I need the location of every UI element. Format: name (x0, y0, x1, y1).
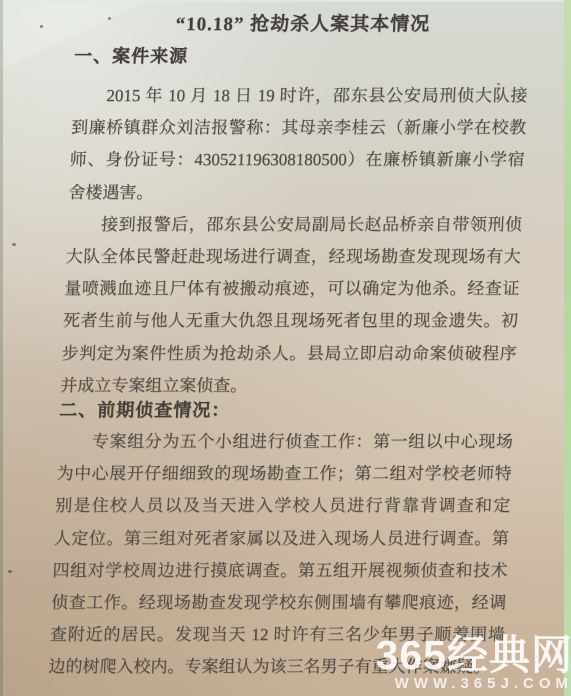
text-line: 人定位。第三组对死者家属以及进入现场人员进行调查。第 (53, 523, 509, 555)
text-line: 四组对学校周边进行摸底调查。第五组开展视频侦查和技术 (52, 555, 508, 587)
section-1-heading: 一、案件来源 (73, 40, 529, 72)
text-line: 大队全体民警赶赴现场进行调查，经现场勘查发现现场有大 (65, 241, 521, 273)
document-title: “10.18” 抢劫杀人案其本情况 (75, 10, 531, 40)
text-line: 专案组分为五个小组进行侦查工作：第一组以中心现场 (57, 426, 513, 458)
paper-speck (40, 25, 43, 28)
text-line: 接到报警后，邵东县公安局副局长赵品桥亲自带领刑侦 (66, 209, 522, 241)
text-line: 到廉桥镇群众刘洁报警称：其母亲李桂云（新廉小学在校教 (70, 112, 526, 144)
section-2-heading: 二、前期侦查情况： (59, 394, 515, 426)
page-edge-right (564, 0, 571, 696)
text-line: 师、身份证号：430521196308180500）在廉桥镇新廉小学宿 (69, 144, 525, 176)
text-line: 死者生前与他人无重大仇怨且现场死者包里的现金遗失。初 (62, 305, 518, 337)
paper-speck (8, 570, 12, 573)
text-line: 别是住校人员以及当天进入学校人员进行背靠背调查和定 (55, 490, 511, 522)
page-edge-left (0, 0, 3, 696)
text-line: 量喷溅血迹且尸体有被搬动痕迹，可以确定为他杀。经查证 (64, 273, 520, 305)
document-body: “10.18” 抢劫杀人案其本情况 一、案件来源 2015 年 10 月 18 … (48, 10, 531, 684)
text-line: 侦查工作。经现场勘查发现学校东侧围墙有攀爬痕迹，经调 (50, 587, 506, 619)
paper-speck (12, 243, 16, 246)
watermark-site-url: WWW.365J.COM (376, 676, 571, 692)
text-line: 2015 年 10 月 18 日 19 时许，邵东县公安局刑侦大队接 (72, 80, 528, 112)
text-line: 步判定为案件性质为抢劫杀人。县局立即启动命案侦破程序 (61, 338, 517, 370)
page-edge-top (0, 0, 571, 2)
watermark: 365经典网 WWW.365J.COM (376, 636, 571, 692)
watermark-site-name: 365经典网 (376, 636, 571, 674)
section-1-paragraph-1: 2015 年 10 月 18 日 19 时许，邵东县公安局刑侦大队接 到廉桥镇群… (68, 80, 528, 209)
text-line: 为中心展开仔细细致的现场勘查工作；第二组对学校老师特 (56, 458, 512, 490)
text-line: 舍楼遇害。 (68, 177, 524, 209)
photographed-paper-background: “10.18” 抢劫杀人案其本情况 一、案件来源 2015 年 10 月 18 … (0, 0, 571, 696)
section-1-paragraph-2: 接到报警后，邵东县公安局副局长赵品桥亲自带领刑侦 大队全体民警赶赴现场进行调查，… (60, 209, 523, 402)
